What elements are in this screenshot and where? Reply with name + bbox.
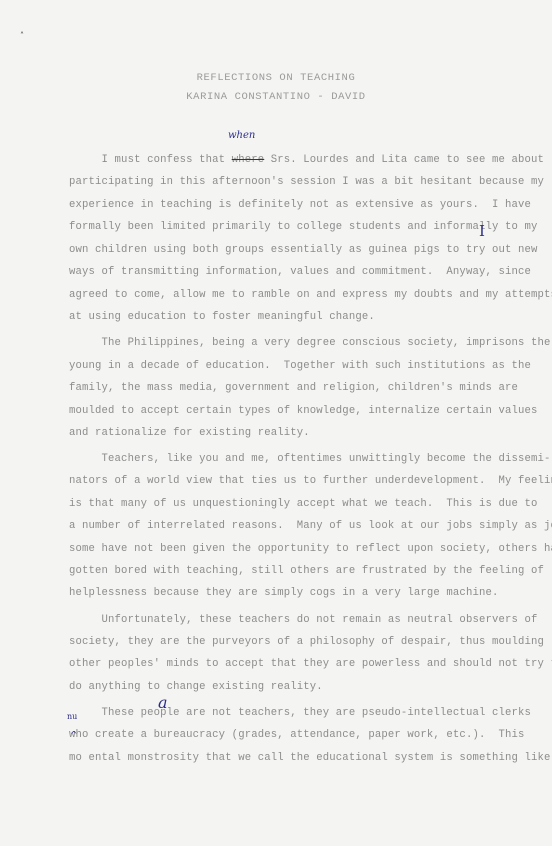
text-line: who create a bureaucracy (grades, attend… (69, 729, 525, 741)
text-line: some have not been given the opportunity… (69, 543, 552, 555)
document-title: REFLECTIONS ON TEACHING (0, 72, 552, 84)
text-line: ways of transmitting information, values… (69, 266, 531, 278)
text-line: agreed to come, allow me to ramble on an… (69, 289, 552, 301)
text-line: Unfortunately, these teachers do not rem… (69, 614, 538, 626)
corner-mark: ˄ (20, 31, 24, 40)
text-line: I must confess that where Srs. Lourdes a… (69, 154, 544, 166)
text-line: experience in teaching is definitely not… (69, 199, 531, 211)
text-line: other peoples' minds to accept that they… (69, 658, 552, 670)
text-line: and rationalize for existing reality. (69, 427, 310, 439)
document-page: ˄ REFLECTIONS ON TEACHING KARINA CONSTAN… (0, 0, 552, 846)
handwritten-caret: ^ (70, 731, 78, 741)
text-line: nators of a world view that ties us to f… (69, 475, 552, 487)
text-line: mo ental monstrosity that we call the ed… (69, 752, 551, 764)
text-line: helplessness because they are simply cog… (69, 587, 498, 599)
text-line: These people are not teachers, they are … (69, 707, 531, 719)
text-line: formally been limited primarily to colle… (69, 221, 538, 233)
text-line: gotten bored with teaching, still others… (69, 565, 544, 577)
text-line: society, they are the purveyors of a phi… (69, 636, 544, 648)
handwritten-insert-i: I (479, 222, 485, 240)
text-line: do anything to change existing reality. (69, 681, 323, 693)
text-line: moulded to accept certain types of knowl… (69, 405, 538, 417)
text-line: own children using both groups essential… (69, 244, 538, 256)
text-line: participating in this afternoon's sessio… (69, 176, 544, 188)
struck-word: where (232, 154, 265, 166)
text-line: at using education to foster meaningful … (69, 311, 375, 323)
text-line: family, the mass media, government and r… (69, 382, 518, 394)
text-line: a number of interrelated reasons. Many o… (69, 520, 552, 532)
document-author: KARINA CONSTANTINO - DAVID (0, 91, 552, 103)
text-line: The Philippines, being a very degree con… (69, 337, 551, 349)
handwritten-insert-when: when (228, 130, 255, 141)
text-line: is that many of us unquestioningly accep… (69, 498, 538, 510)
text-line: Teachers, like you and me, oftentimes un… (69, 453, 551, 465)
handwritten-insert-a: a (158, 693, 168, 712)
text-line: young in a decade of education. Together… (69, 360, 531, 372)
handwritten-insert-nu: nu (67, 712, 77, 721)
